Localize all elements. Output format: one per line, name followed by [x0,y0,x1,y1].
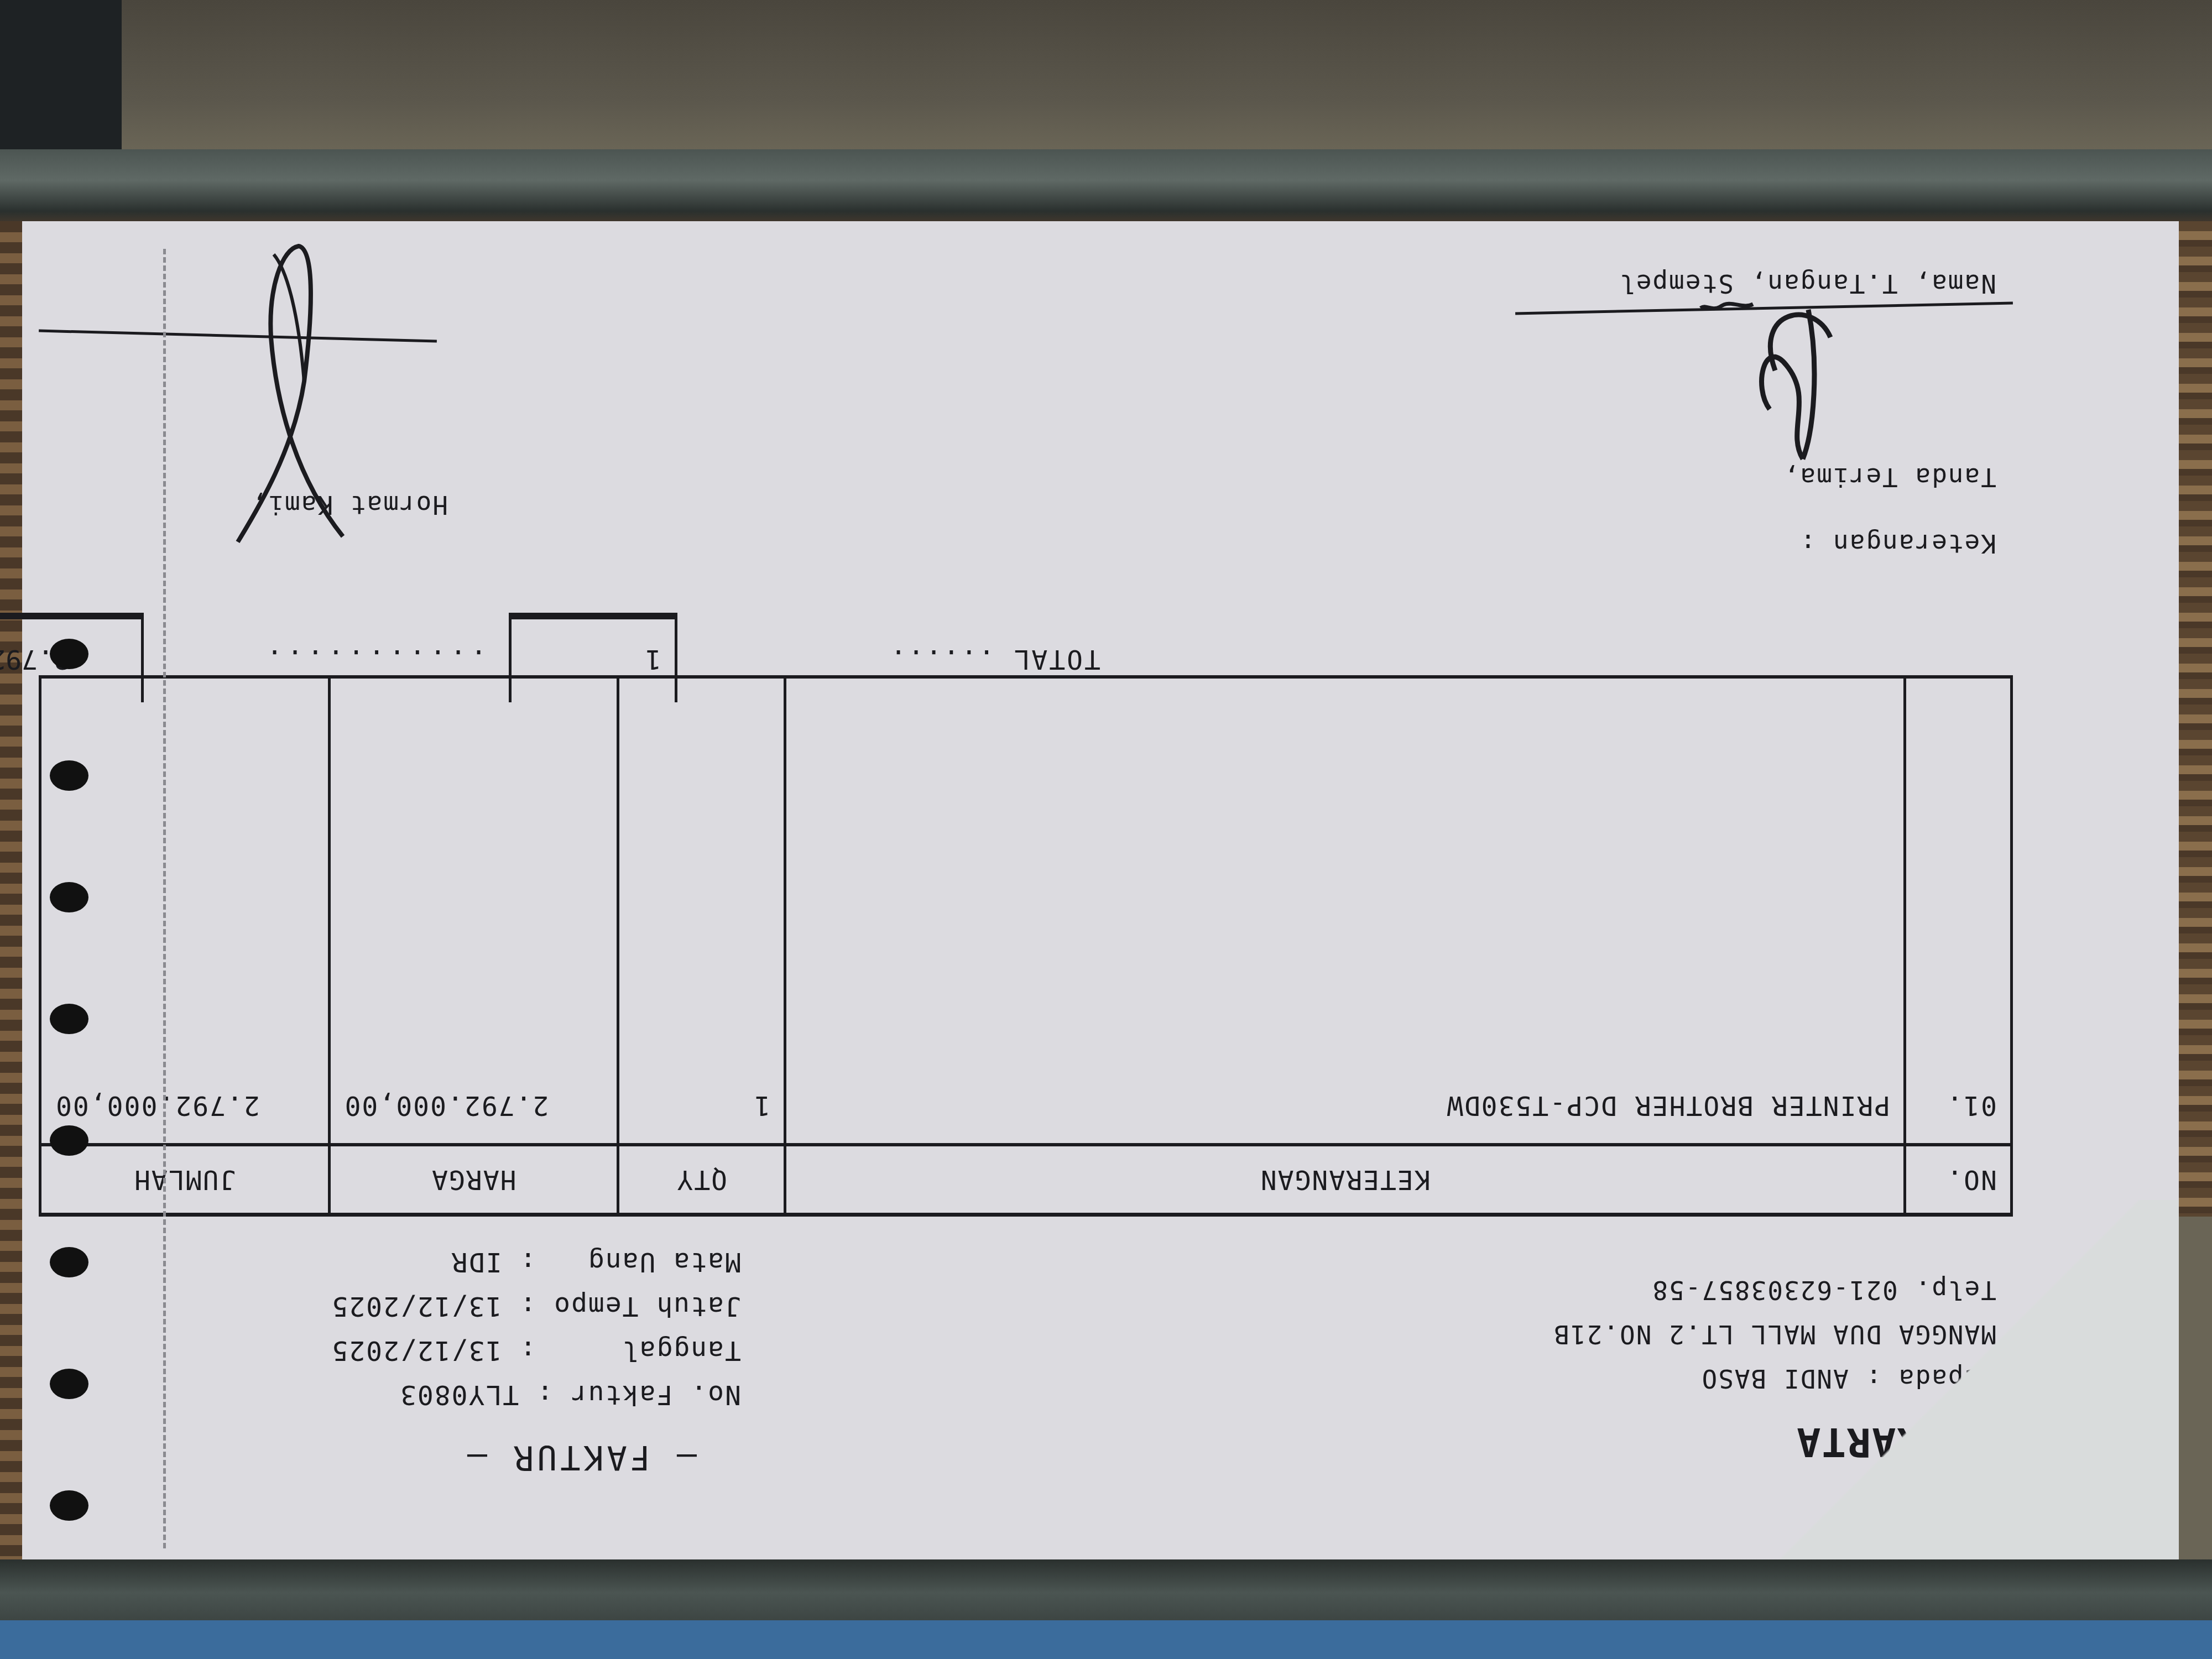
hole-icon [50,1490,88,1521]
cell-harga: 2.792.000,00 [329,677,618,1145]
blue-surface [0,1620,2212,1659]
table-header-row: NO. KETERANGAN QTY HARGA JUMLAH [40,1145,2012,1215]
tray-frame-bottom [0,1559,2212,1626]
meta-label: No. Faktur [570,1379,741,1410]
hole-icon [50,1125,88,1156]
meta-currency: Mata Uang : IDR [451,1246,741,1277]
header-qty: QTY [618,1145,785,1215]
meta-value: 13/12/2025 [331,1291,502,1322]
total-qty: 1 [645,644,661,675]
seller-signature-icon [199,238,365,547]
meta-value: TLY0803 [399,1379,519,1410]
total-row: TOTAL ...... 1 ........... 2.792.000,00 [39,625,2013,697]
buyer-signature-icon [1681,293,1880,476]
total-dots: ........... [262,644,487,675]
hole-icon [50,1004,88,1034]
total-label: TOTAL ...... [889,644,1100,675]
cell-no: 01. [1905,677,2012,1145]
meta-invoice-number: No. Faktur : TLY0803 [399,1379,741,1410]
invoice-title: — FAKTUR — [464,1438,697,1477]
cell-keterangan: PRINTER BROTHER DCP-T530DW [785,677,1905,1145]
items-table: NO. KETERANGAN QTY HARGA JUMLAH 01. PRIN… [39,675,2013,1217]
meta-label: Mata Uang [587,1246,741,1277]
meta-label: Jatuh Tempo [553,1291,741,1322]
meta-value: 13/12/2025 [331,1335,502,1366]
hole-icon [50,760,88,791]
cell-qty: 1 [618,677,785,1145]
wood-background-right [2173,221,2212,1217]
hole-icon [50,1247,88,1277]
meta-label: Tanggal [622,1335,741,1366]
folded-corner [1736,1200,2179,1559]
hole-icon [50,1369,88,1399]
hole-icon [50,639,88,669]
name-signature-stamp-label: Nama, T.Tangan, Stempel [1619,269,1996,299]
tray-frame-top [0,149,2212,227]
perforation-line [163,249,166,1548]
header-harga: HARGA [329,1145,618,1215]
invoice-paper: ...KARTA Kepada : ANDI BASO MANGGA DUA M… [22,221,2179,1559]
notes-label: Keterangan : [1799,529,1996,559]
hole-icon [50,882,88,912]
meta-due-date: Jatuh Tempo : 13/12/2025 [331,1291,741,1322]
meta-date: Tanggal : 13/12/2025 [331,1335,741,1366]
tractor-feed-holes [33,221,100,1559]
background-dark-object [0,0,122,160]
meta-value: IDR [451,1246,502,1277]
total-qty-box: 1 [509,613,677,702]
table-row: 01. PRINTER BROTHER DCP-T530DW 1 2.792.0… [40,677,2012,1145]
